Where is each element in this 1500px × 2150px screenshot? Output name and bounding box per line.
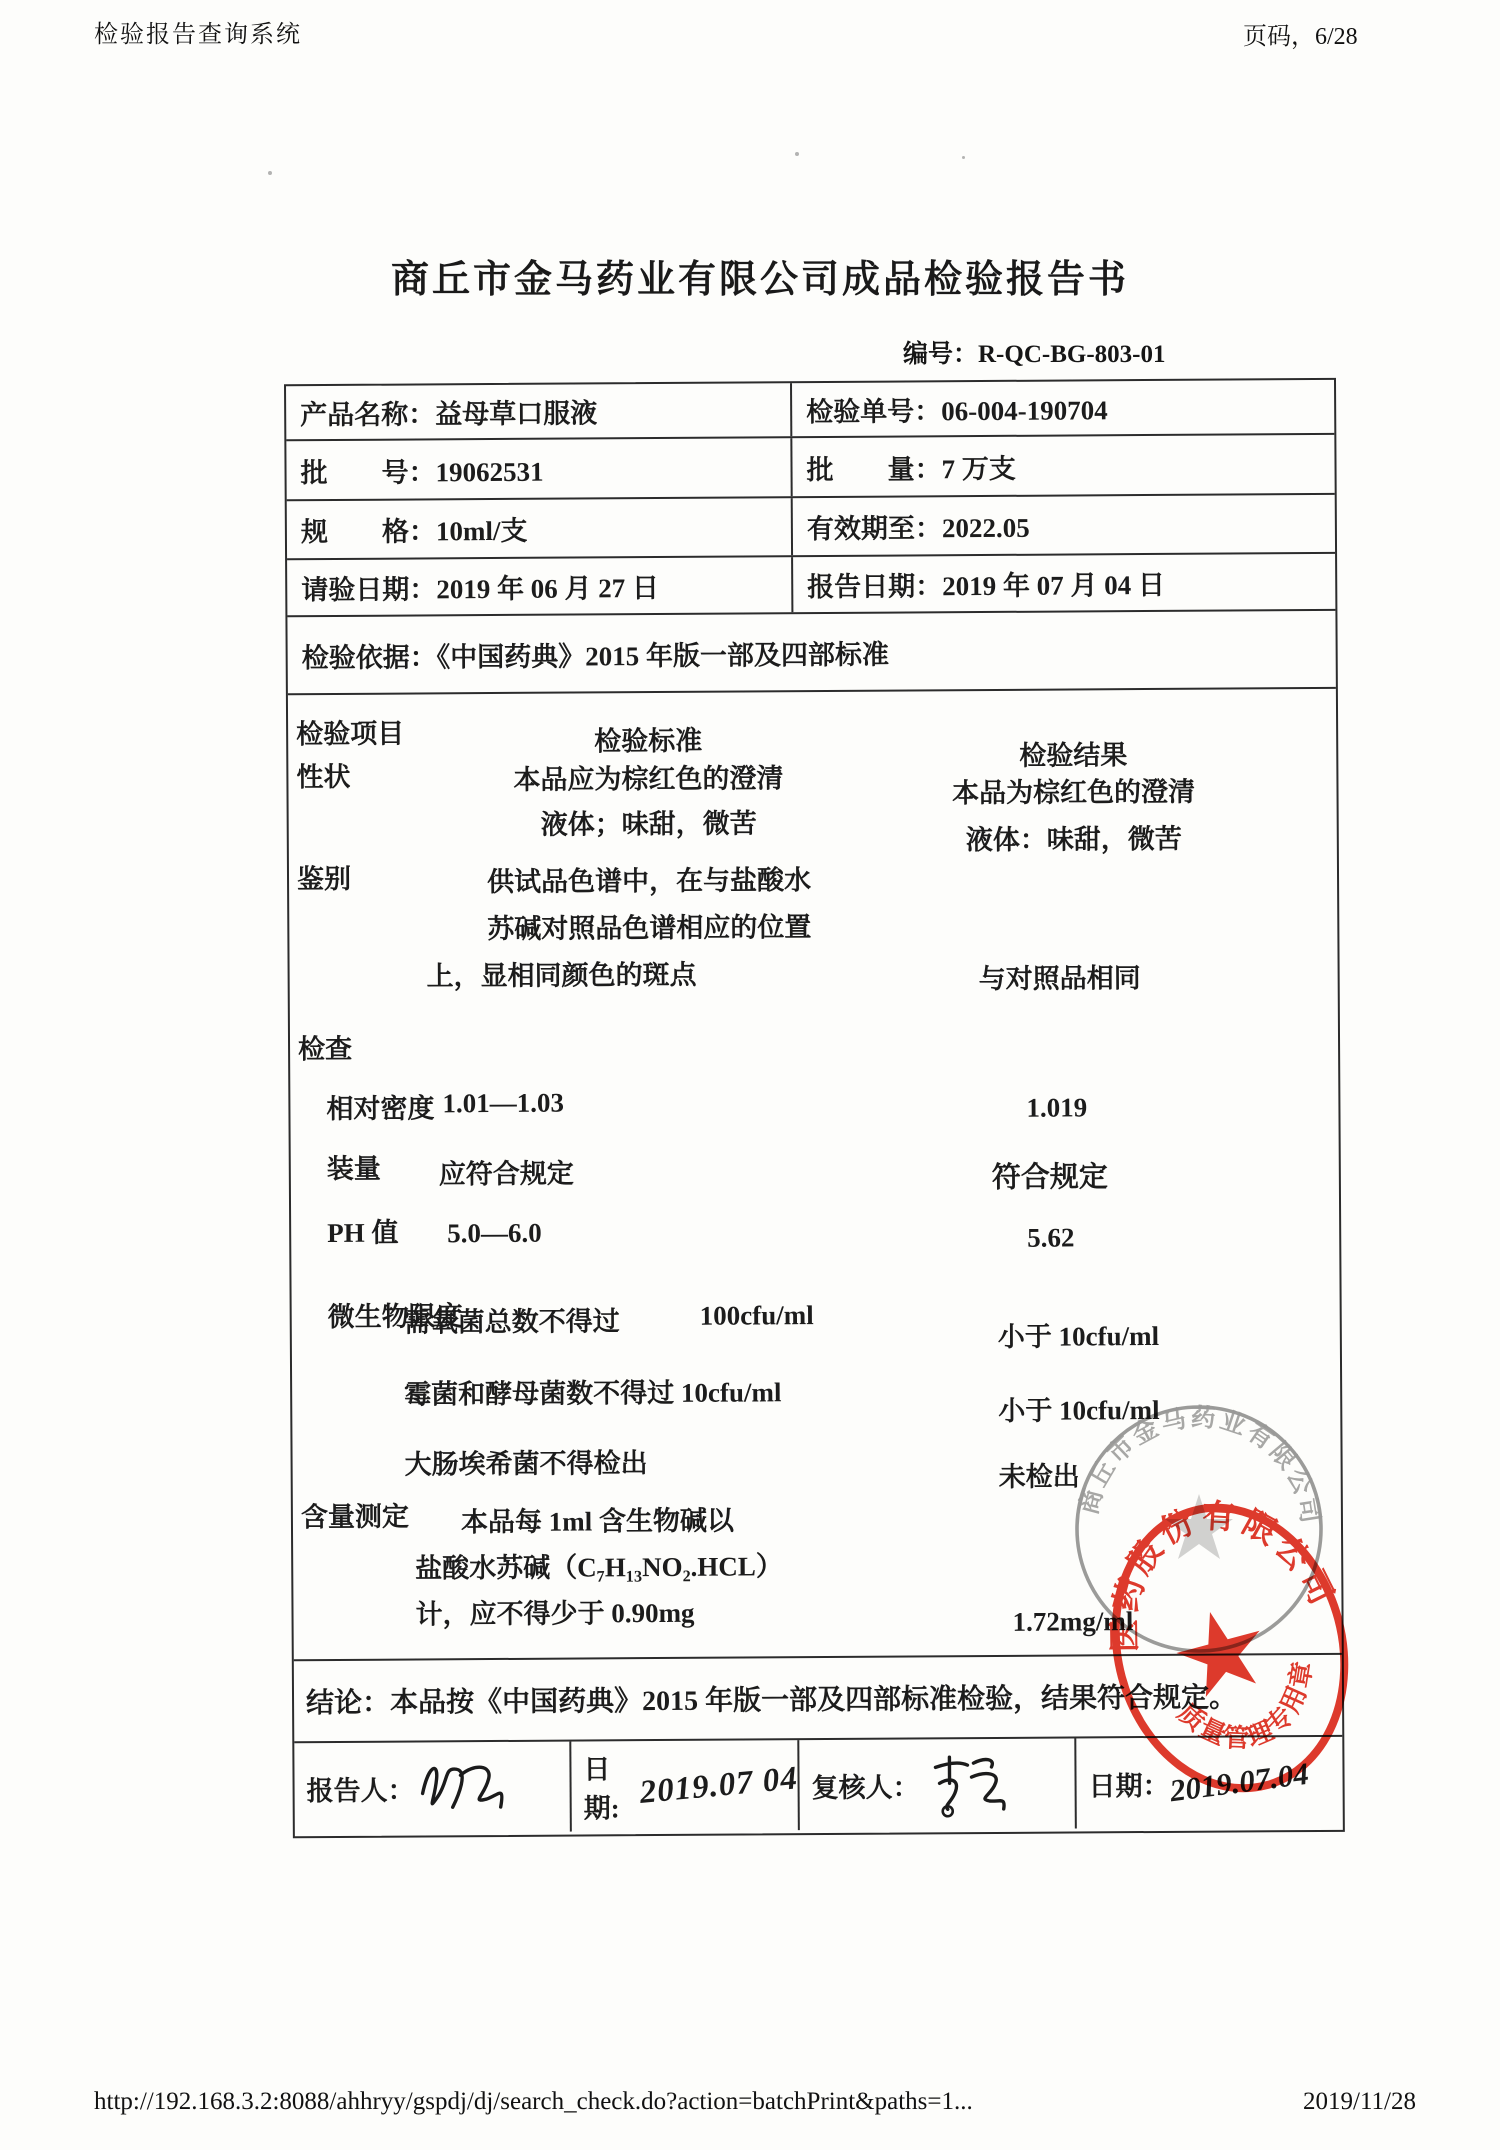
conclusion-row: 结论：本品按《中国药典》2015 年版一部及四部标准检验，结果符合规定。 [294, 1655, 1342, 1743]
assay-result: 1.72mg/ml [1012, 1606, 1133, 1638]
appearance-standard-line1: 本品应为棕红色的澄清 [458, 756, 838, 797]
report-doc-number: 编号：R-QC-BG-803-01 [903, 334, 1165, 370]
reporter-label: 报告人： [306, 1768, 414, 1808]
table-row: 批 号：19062531 批 量：7 万支 [286, 435, 1334, 501]
scan-speck [268, 171, 272, 175]
product-name: 产品名称：益母草口服液 [286, 383, 792, 439]
reviewer-label: 复核人： [811, 1765, 919, 1805]
signature-row: 报告人： 日期: 2019.07 04 复核人： 日期： 2019.07.04 [294, 1737, 1343, 1833]
table-row: 规 格：10ml/支 有效期至：2022.05 [287, 495, 1335, 560]
test-item-fill-volume: 装量 [327, 1147, 381, 1186]
reviewer-cell: 复核人： [799, 1738, 1077, 1830]
appearance-result-line1: 本品为棕红色的澄清 [888, 769, 1258, 810]
inspection-number: 检验单号：06-004-190704 [792, 380, 1334, 436]
density-result: 1.019 [1026, 1092, 1087, 1123]
col-header-standard: 检验标准 [458, 718, 838, 759]
test-item-appearance: 性状 [296, 755, 350, 794]
col-header-item: 检验项目 [296, 712, 404, 752]
reviewer-signature [919, 1749, 1019, 1820]
assay-standard-line3: 计，应不得少于 0.90mg [415, 1591, 694, 1632]
microbial-line2-standard: 霉菌和酵母菌数不得过 10cfu/ml [404, 1370, 781, 1411]
table-row: 产品名称：益母草口服液 检验单号：06-004-190704 [286, 380, 1334, 441]
review-date-cell: 日期： 2019.07.04 [1076, 1737, 1343, 1829]
specification: 规 格：10ml/支 [287, 498, 793, 558]
system-title: 检验报告查询系统 [94, 14, 302, 49]
microbial-line1-standard: 需氧菌总数不得过 [404, 1299, 620, 1339]
assay-standard-line2: 盐酸水苏碱（C₇H₁₃NO₂.HCL） [415, 1544, 783, 1585]
microbial-line2-result: 小于 10cfu/ml [998, 1388, 1159, 1428]
microbial-line3-standard: 大肠埃希菌不得检出 [404, 1441, 647, 1481]
ph-standard: 5.0—6.0 [447, 1218, 542, 1250]
report-date-handwritten: 2019.07 04 [638, 1760, 799, 1812]
test-item-density: 相对密度 [326, 1086, 434, 1126]
scan-speck [795, 152, 799, 156]
identification-standard-line2: 苏碱对照品色谱相应的位置 [419, 905, 879, 947]
date-label: 日期: [583, 1747, 639, 1825]
table-row: 请验日期：2019 年 06 月 27 日 报告日期：2019 年 07 月 0… [287, 554, 1335, 617]
test-item-ph: PH 值 [327, 1211, 398, 1250]
test-item-identification: 鉴别 [297, 857, 351, 896]
assay-standard-line1: 本品每 1ml 含生物碱以 [461, 1499, 734, 1540]
ph-result: 5.62 [1027, 1222, 1074, 1253]
density-standard: 1.01—1.03 [442, 1088, 564, 1120]
reporter-cell: 报告人： [294, 1742, 572, 1834]
review-date-handwritten: 2019.07.04 [1168, 1756, 1311, 1810]
date-label: 日期： [1088, 1763, 1169, 1802]
microbial-line3-result: 未检出 [999, 1454, 1080, 1493]
microbial-line1-limit: 100cfu/ml [700, 1300, 814, 1332]
report-date: 报告日期：2019 年 07 月 04 日 [793, 554, 1335, 612]
request-date: 请验日期：2019 年 06 月 27 日 [287, 557, 793, 615]
col-header-result: 检验结果 [908, 732, 1238, 773]
footer-date: 2019/11/28 [1303, 2088, 1416, 2116]
volume-result: 符合规定 [992, 1154, 1108, 1196]
report-title: 商丘市金马药业有限公司成品检验报告书 [330, 248, 1190, 303]
page-number: 页码，6/28 [1243, 16, 1358, 51]
expiry-date: 有效期至：2022.05 [793, 495, 1335, 555]
report-date-cell: 日期: 2019.07 04 [571, 1740, 800, 1831]
appearance-standard-line2: 液体；味甜，微苦 [459, 801, 839, 842]
appearance-result-line2: 液体：味甜，微苦 [889, 816, 1259, 857]
batch-quantity: 批 量：7 万支 [792, 435, 1334, 496]
test-results-area: 检验项目 检验标准 检验结果 性状 本品应为棕红色的澄清 液体；味甜，微苦 本品… [288, 689, 1342, 1661]
identification-result: 与对照品相同 [979, 956, 1141, 996]
identification-standard-line1: 供试品色谱中，在与盐酸水 [419, 858, 879, 900]
footer-url: http://192.168.3.2:8088/ahhryy/gspdj/dj/… [94, 2088, 973, 2116]
print-preview-page: { "chrome": { "system_title": "检验报告查询系统"… [0, 0, 1500, 2150]
report-table: 产品名称：益母草口服液 检验单号：06-004-190704 批 号：19062… [284, 378, 1345, 1838]
conclusion-text: 结论：本品按《中国药典》2015 年版一部及四部标准检验，结果符合规定。 [306, 1675, 1237, 1721]
test-item-assay: 含量测定 [301, 1495, 409, 1535]
volume-standard: 应符合规定 [439, 1152, 574, 1192]
microbial-line1-result: 小于 10cfu/ml [998, 1314, 1159, 1354]
batch-number: 批 号：19062531 [286, 438, 792, 499]
table-row: 检验依据：《中国药典》2015 年版一部及四部标准 [287, 611, 1335, 695]
section-check: 检查 [298, 1027, 352, 1066]
inspection-basis: 检验依据：《中国药典》2015 年版一部及四部标准 [287, 611, 1335, 693]
scan-speck [962, 156, 965, 159]
reporter-signature [408, 1755, 518, 1820]
identification-standard-line3: 上，显相同颜色的斑点 [426, 953, 696, 994]
